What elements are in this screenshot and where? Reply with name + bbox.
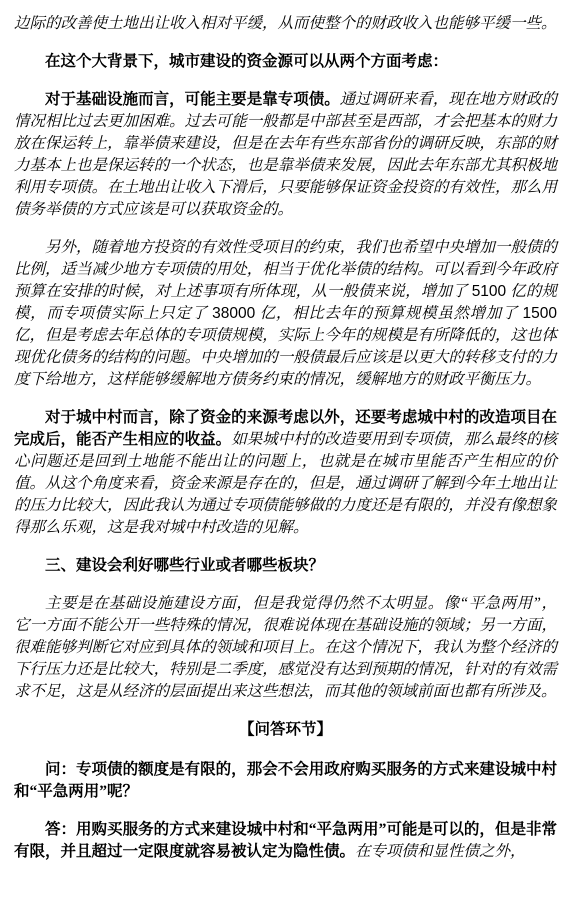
paragraph-general-bonds: 另外，随着地方投资的有效性受项目的约束，我们也希望中央增加一般债的比例，适当减少…	[14, 237, 557, 391]
text-run: 亿，但是考虑去年总体的专项债规模，实际上今年的规模是有所降低的，这也体现优化债务…	[14, 327, 557, 388]
section-heading-three: 三、建设会利好哪些行业或者哪些板块？	[14, 555, 557, 577]
number-text-run: 5100	[472, 283, 506, 300]
text-run: 主要是在基础设施建设方面，但是我觉得仍然不太明显。像“平急两用”，它一方面不能公…	[14, 595, 557, 700]
qa-section-title: 【问答环节】	[14, 719, 557, 741]
text-run: 边际的改善使土地出让收入相对平缓，从而使整个的财政收入也能够平缓一些。	[14, 15, 557, 32]
paragraph-lead-bold: 在这个大背景下，城市建设的资金源可以从两个方面考虑：	[14, 51, 557, 73]
bold-text-run: 【问答环节】	[239, 721, 332, 738]
paragraph-question: 问：专项债的额度是有限的，那会不会用政府购买服务的方式来建设城中村和“平急两用”…	[14, 759, 557, 803]
paragraph-urban-village: 对于城中村而言，除了资金的来源考虑以外，还要考虑城中村的改造项目在完成后，能否产…	[14, 407, 557, 539]
text-run: 在专项债和显性债之外，	[355, 843, 526, 860]
text-run: 亿，相比去年的预算规模虽然增加了	[255, 305, 522, 322]
number-text-run: 38000	[212, 305, 255, 322]
document-body: 边际的改善使土地出让收入相对平缓，从而使整个的财政收入也能够平缓一些。在这个大背…	[14, 13, 557, 863]
paragraph-sectors: 主要是在基础设施建设方面，但是我觉得仍然不太明显。像“平急两用”，它一方面不能公…	[14, 593, 557, 703]
bold-text-run: 问：专项债的额度是有限的，那会不会用政府购买服务的方式来建设城中村和“平急两用”…	[14, 761, 557, 800]
paragraph-infrastructure: 对于基础设施而言，可能主要是靠专项债。通过调研来看，现在地方财政的情况相比过去更…	[14, 89, 557, 221]
paragraph-continuation: 边际的改善使土地出让收入相对平缓，从而使整个的财政收入也能够平缓一些。	[14, 13, 557, 35]
bold-text-run: 在这个大背景下，城市建设的资金源可以从两个方面考虑：	[45, 53, 448, 70]
number-text-run: 1500	[523, 305, 557, 322]
paragraph-answer: 答：用购买服务的方式来建设城中村和“平急两用”可能是可以的，但是非常有限，并且超…	[14, 819, 557, 863]
bold-text-run: 对于基础设施而言，可能主要是靠专项债。	[45, 91, 340, 108]
bold-text-run: 三、建设会利好哪些行业或者哪些板块？	[45, 557, 324, 574]
text-run: 通过调研来看，现在地方财政的情况相比过去更加困难。过去可能一般都是中部甚至是西部…	[14, 91, 557, 218]
document-page: 边际的改善使土地出让收入相对平缓，从而使整个的财政收入也能够平缓一些。在这个大背…	[0, 0, 571, 912]
